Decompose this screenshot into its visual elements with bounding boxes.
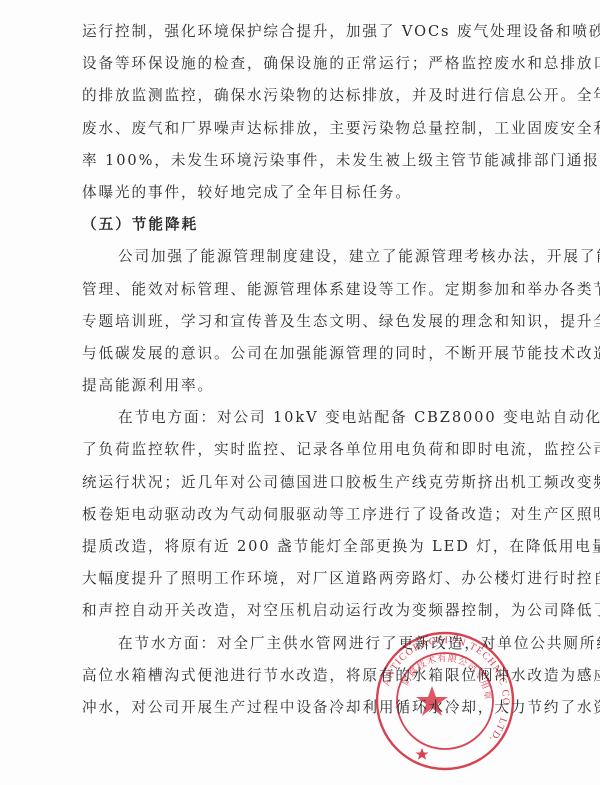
paragraph-water-saving: 在节水方面：对全厂主供水管网进行了更新改造，对单位公共厕所约 6 个 高位水箱槽… xyxy=(82,628,514,725)
section-heading: （五）节能降耗 xyxy=(82,209,514,241)
document-body: 运行控制，强化环境保护综合提升，加强了 VOCs 废气处理设备和喷砂除尘系统 设… xyxy=(82,16,514,724)
paragraph-power-saving: 在节电方面：对公司 10kV 变电站配备 CBZ8000 变电站自动化系统，安装… xyxy=(82,402,514,627)
text-line: 板卷矩电动驱动改为气动伺服驱动等工序进行了设备改造；对生产区照明灯进行 xyxy=(82,499,512,531)
document-page: 运行控制，强化环境保护综合提升，加强了 VOCs 废气处理设备和喷砂除尘系统 设… xyxy=(0,0,600,785)
text-line: 废水、废气和厂界噪声达标排放，主要污染物总量控制，工业固废安全利用处置 xyxy=(82,113,512,145)
text-line: 运行控制，强化环境保护综合提升，加强了 VOCs 废气处理设备和喷砂除尘系统 xyxy=(82,16,512,48)
paragraph-energy-management: 公司加强了能源管理制度建设，建立了能源管理考核办法，开展了能耗定额 管理、能效对… xyxy=(82,241,514,402)
paragraph-environmental-protection: 运行控制，强化环境保护综合提升，加强了 VOCs 废气处理设备和喷砂除尘系统 设… xyxy=(82,16,514,209)
text-line: 与低碳发展的意识。公司在加强能源管理的同时，不断开展节能技术改造工作， xyxy=(82,338,512,370)
text-line: 的排放监测监控，确保水污染物的达标排放，并及时进行信息公开。全年实现了 xyxy=(82,80,512,112)
text-line: 在节电方面：对公司 10kV 变电站配备 CBZ8000 变电站自动化系统，安装 xyxy=(82,402,514,434)
text-line: 统运行状况；近几年对公司德国进口胶板生产线克劳斯挤出机工频改变频器、胶 xyxy=(82,467,512,499)
text-line: 和声控自动开关改造，对空压机启动运行改为变频器控制，为公司降低了能耗。 xyxy=(82,595,512,627)
text-line: 冲水，对公司开展生产过程中设备冷却利用循环水冷却，大力节约了水资源。 xyxy=(82,692,512,724)
seal-bottom-star-icon xyxy=(416,748,429,760)
text-line: 高位水箱槽沟式便池进行节水改造，将原有的水箱限位阀冲水改造为感应式自动 xyxy=(82,660,512,692)
text-line: 管理、能效对标管理、能源管理体系建设等工作。定期参加和举办各类节能知识 xyxy=(82,274,512,306)
text-line: 在节水方面：对全厂主供水管网进行了更新改造，对单位公共厕所约 6 个 xyxy=(82,628,514,660)
text-line: 提高能源利用率。 xyxy=(82,370,512,402)
text-line: 了负荷监控软件，实时监控、记录各单位用电负荷和即时电流，监控公司电力系 xyxy=(82,434,512,466)
text-line: 提质改造，将原有近 200 盏节能灯全部更换为 LED 灯，在降低用电量的同时， xyxy=(82,531,512,563)
text-line: 率 100%，未发生环境污染事件，未发生被上级主管节能减排部门通报、新闻媒 xyxy=(82,145,512,177)
text-line: 公司加强了能源管理制度建设，建立了能源管理考核办法，开展了能耗定额 xyxy=(82,241,514,273)
text-line: 专题培训班，学习和宣传普及生态文明、绿色发展的理念和知识，提升全员节能 xyxy=(82,306,512,338)
text-line: 设备等环保设施的检查，确保设施的正常运行；严格监控废水和总排放口污染物 xyxy=(82,48,512,80)
text-line: 大幅度提升了照明工作环境，对厂区道路两旁路灯、办公楼灯进行时控自动开关 xyxy=(82,563,512,595)
text-line: 体曝光的事件，较好地完成了全年目标任务。 xyxy=(82,177,512,209)
